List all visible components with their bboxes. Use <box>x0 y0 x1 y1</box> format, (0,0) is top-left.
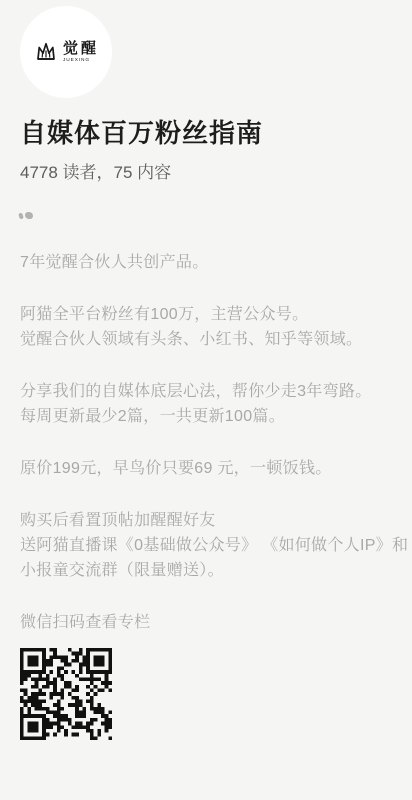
description: 7年觉醒合伙人共创产品。阿猫全平台粉丝有100万，主营公众号。觉醒合伙人领域有头… <box>20 250 400 583</box>
paragraph: 分享我们的自媒体底层心法，帮你少走3年弯路。每周更新最少2篇，一共更新100篇。 <box>20 379 400 429</box>
description-line: 阿猫全平台粉丝有100万，主营公众号。 <box>20 302 400 327</box>
qr-caption: 微信扫码查看专栏 <box>20 610 400 635</box>
reader-stats: 4778 读者，75 内容 <box>20 162 171 184</box>
description-line: 购买后看置顶帖加醒醒好友 <box>20 508 400 533</box>
description-flow: 7年觉醒合伙人共创产品。阿猫全平台粉丝有100万，主营公众号。觉醒合伙人领域有头… <box>20 250 400 740</box>
brand-subtext: JUEXING <box>63 58 92 63</box>
tiny-emoji-icon <box>19 209 33 219</box>
description-line: 原价199元，早鸟价只要69 元，一顿饭钱。 <box>20 456 400 481</box>
description-line: 分享我们的自媒体底层心法，帮你少走3年弯路。 <box>20 379 400 404</box>
paragraph: 购买后看置顶帖加醒醒好友送阿猫直播课《0基础做公众号》 《如何做个人IP》和小报… <box>20 508 400 583</box>
paragraph: 7年觉醒合伙人共创产品。 <box>20 250 400 275</box>
brand-name: 觉醒 <box>63 41 99 56</box>
page-root: 觉醒 JUEXING 自媒体百万粉丝指南 4778 读者，75 内容 7年觉醒合… <box>0 0 412 800</box>
brand-text: 觉醒 JUEXING <box>63 41 99 64</box>
description-line: 7年觉醒合伙人共创产品。 <box>20 250 400 275</box>
paragraph: 原价199元，早鸟价只要69 元，一顿饭钱。 <box>20 456 400 481</box>
brand-logo: 觉醒 JUEXING <box>20 6 112 98</box>
wechat-qr-code <box>20 648 112 740</box>
description-line: 每周更新最少2篇，一共更新100篇。 <box>20 404 400 429</box>
description-line: 送阿猫直播课《0基础做公众号》 《如何做个人IP》和 <box>20 533 400 558</box>
crown-sketch-icon <box>33 40 59 64</box>
paragraph: 阿猫全平台粉丝有100万，主营公众号。觉醒合伙人领域有头条、小红书、知乎等领域。 <box>20 302 400 352</box>
description-line: 小报童交流群（限量赠送）。 <box>20 558 400 583</box>
page-title: 自媒体百万粉丝指南 <box>20 117 263 149</box>
description-line: 觉醒合伙人领域有头条、小红书、知乎等领域。 <box>20 327 400 352</box>
